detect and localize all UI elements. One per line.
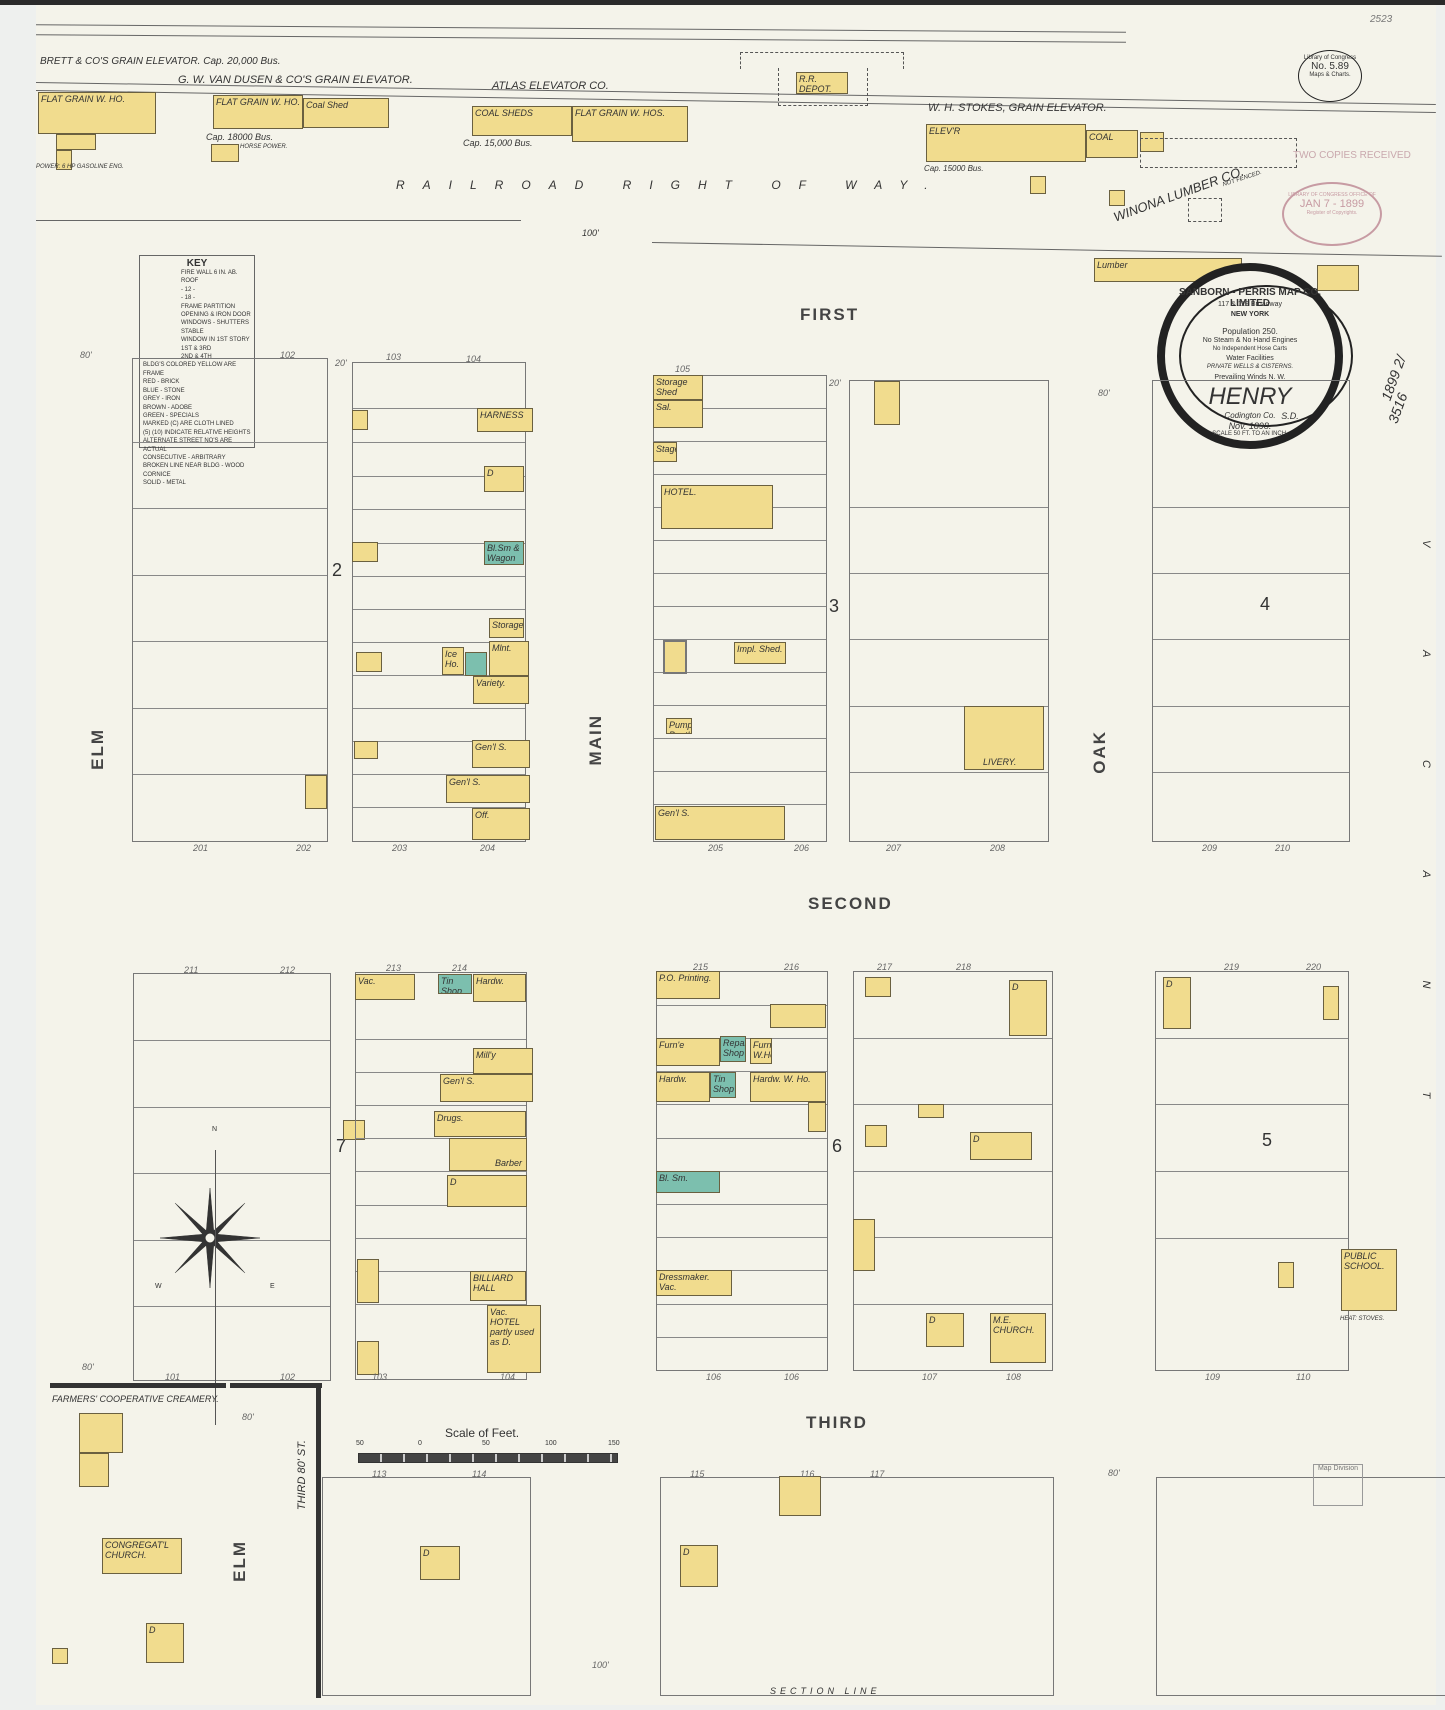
block-3-east-lots: [849, 380, 1049, 842]
address-214: 214: [452, 963, 467, 973]
dwelling: D: [926, 1313, 964, 1347]
storage-shed: Storage Shed: [653, 375, 703, 400]
depot-platform-outline: [740, 52, 904, 69]
boundary-line: [230, 1383, 322, 1388]
compass-e: E: [270, 1283, 275, 1290]
address-107: 107: [922, 1372, 937, 1382]
right-of-way-line: [36, 220, 521, 221]
scale-tick: 50: [356, 1440, 364, 1447]
scale-tick: 50: [482, 1440, 490, 1447]
street-third: THIRD: [806, 1413, 868, 1433]
post-office-printing: P.O. Printing.: [656, 971, 720, 999]
lumber-yard-outline: [1140, 138, 1297, 168]
stokes-office: [1030, 176, 1046, 194]
scale-title: Scale of Feet.: [445, 1426, 519, 1440]
block-3-west-lots: [653, 375, 827, 842]
stable: [352, 410, 368, 430]
dwelling: D: [1009, 980, 1047, 1036]
address-106: 106: [784, 1372, 799, 1382]
vacant-label: V A C A N T: [1420, 540, 1432, 1148]
address-210: 210: [1275, 843, 1290, 853]
address-216: 216: [784, 962, 799, 972]
stable: [52, 1648, 68, 1664]
general-store-main: Gen'l S.: [655, 806, 785, 840]
block-5-lots: [1155, 971, 1349, 1371]
horse-power-label: HORSE POWER.: [240, 144, 287, 150]
livery-stable: LIVERY.: [964, 706, 1044, 770]
stable: [352, 542, 378, 562]
rr-depot: R.R. DEPOT.: [796, 72, 848, 94]
address-207: 207: [886, 843, 901, 853]
block-number-6: 6: [832, 1136, 842, 1157]
address-106: 106: [706, 1372, 721, 1382]
address-114: 114: [472, 1469, 486, 1479]
address-113: 113: [372, 1469, 386, 1479]
stable: [357, 1259, 379, 1303]
stable: [356, 652, 382, 672]
street-elm-lower: ELM: [230, 1540, 250, 1582]
street-elm: ELM: [88, 728, 108, 770]
stable: [305, 775, 327, 809]
street-third-st: THIRD 80' ST.: [296, 1440, 308, 1510]
address-215: 215: [693, 962, 708, 972]
address-217: 217: [877, 962, 892, 972]
address-209: 209: [1202, 843, 1217, 853]
dwelling: D: [1163, 977, 1191, 1029]
dwelling: D: [146, 1623, 184, 1663]
van-dusen-coal-shed: Coal Shed: [303, 98, 389, 128]
address-116: 116: [800, 1469, 814, 1479]
stable: [874, 381, 900, 425]
stable: [808, 1102, 826, 1132]
stable: [354, 741, 378, 759]
boundary-line: [316, 1383, 321, 1698]
pump-booth: Pump Booth: [666, 718, 692, 734]
scale-tick: 150: [608, 1440, 620, 1447]
address-101: 101: [165, 1372, 180, 1382]
stable: [853, 1219, 875, 1271]
saloon: Sal.: [653, 400, 703, 428]
dwelling: D: [420, 1546, 460, 1580]
me-church: M.E. CHURCH.: [990, 1313, 1046, 1363]
scale-bar: [358, 1453, 618, 1463]
hardware-store: Hardw.: [473, 974, 526, 1002]
street-first: FIRST: [800, 305, 859, 325]
hardware-warehouse: Hardw. W. Ho.: [750, 1072, 826, 1102]
dressmaker: Dressmaker. Vac.: [656, 1270, 732, 1296]
address-109: 109: [1205, 1372, 1220, 1382]
address-104: 104: [466, 354, 481, 364]
hotel: HOTEL.: [661, 485, 773, 529]
stable: [770, 1004, 826, 1028]
block-2-east-lots: [352, 362, 526, 842]
tin-shop: Tin Shop: [438, 974, 472, 994]
storage: Storage: [489, 618, 524, 638]
compass-w: W: [155, 1283, 162, 1290]
heat-stoves-label: HEAT: STOVES.: [1340, 1316, 1384, 1322]
fuel-shed: [1278, 1262, 1294, 1288]
atlas-capacity: Cap. 15,000 Bus.: [463, 138, 533, 148]
dwelling: D: [447, 1175, 527, 1207]
atlas-label: ATLAS ELEVATOR CO.: [492, 80, 609, 92]
general-store-3: Gen'l S.: [440, 1074, 533, 1102]
block-southeast: [1156, 1477, 1445, 1696]
stable: [357, 1341, 379, 1375]
billiard-hall: BILLIARD HALL: [470, 1271, 526, 1301]
public-school: PUBLIC SCHOOL.: [1341, 1249, 1397, 1311]
address-102: 102: [280, 1372, 295, 1382]
brett-elevator-label: BRETT & CO'S GRAIN ELEVATOR. Cap. 20,000…: [40, 56, 281, 67]
van-dusen-elevator: FLAT GRAIN W. HO.: [213, 95, 303, 129]
address-206: 206: [794, 843, 809, 853]
harness-shop: HARNESS: [477, 408, 533, 432]
alley-width: 20': [335, 358, 347, 368]
block-115-117: [660, 1477, 1054, 1696]
compass-rose-icon: [160, 1188, 260, 1288]
vacant-hotel: Vac. HOTEL partly used as D.: [487, 1305, 541, 1373]
scale-tick: 0: [418, 1440, 422, 1447]
block-7-west-lots: [133, 973, 331, 1381]
congregational-church: CONGREGAT'L CHURCH.: [102, 1538, 182, 1574]
address-202: 202: [296, 843, 311, 853]
creamery-building: [79, 1413, 123, 1453]
stable: [779, 1476, 821, 1516]
vacant-store: Vac.: [355, 974, 415, 1000]
address-102: 102: [280, 350, 295, 360]
general-store-1: Gen'l S.: [472, 740, 530, 768]
row-width: 100': [582, 228, 599, 238]
address-117: 117: [870, 1469, 884, 1479]
winona-office: [1109, 190, 1125, 206]
van-dusen-office: [211, 144, 239, 162]
street-width: 100': [592, 1660, 609, 1670]
compass-n: N: [212, 1126, 217, 1133]
street-width: 80': [242, 1412, 254, 1422]
address-115: 115: [690, 1469, 704, 1479]
stokes-label: W. H. STOKES, GRAIN ELEVATOR.: [928, 102, 1107, 114]
shed: [918, 1104, 944, 1118]
lumber-shed-outline: [1188, 198, 1222, 222]
library-of-congress-stamp: Library of Congress No. 5.89 Maps & Char…: [1298, 50, 1362, 102]
sheet-number: 2523: [1370, 14, 1392, 25]
block-4-lots: [1152, 380, 1350, 842]
atlas-coal-sheds: COAL SHEDS: [472, 106, 572, 136]
block-number-2: 2: [332, 560, 342, 581]
block-number-5: 5: [1262, 1130, 1272, 1151]
address-110: 110: [1296, 1372, 1310, 1382]
stokes-elevator: ELEV'R: [926, 124, 1086, 162]
implement-shed: Impl. Shed.: [734, 642, 786, 664]
address-205: 205: [708, 843, 723, 853]
millinery: Mlnt.: [489, 641, 529, 676]
barber-shop: Barber: [449, 1138, 527, 1171]
van-dusen-capacity: Cap. 18000 Bus.: [206, 132, 273, 142]
map-division-stamp: Map Division: [1313, 1464, 1363, 1506]
dwelling: D: [484, 466, 524, 492]
address-108: 108: [1006, 1372, 1021, 1382]
address-203: 203: [392, 843, 407, 853]
street-width: 80': [82, 1362, 94, 1372]
street-width: 80': [1108, 1468, 1120, 1478]
millinery-store: Mill'y: [473, 1048, 533, 1074]
block-2-west-lots: [132, 358, 328, 842]
dwelling: D: [970, 1132, 1032, 1160]
creamery-label: FARMERS' COOPERATIVE CREAMERY.: [52, 1394, 219, 1404]
scale-tick: 100: [545, 1440, 557, 1447]
furniture-warehouse: Furn. W.Ho.: [750, 1038, 772, 1064]
address-204: 204: [480, 843, 495, 853]
address-103: 103: [386, 352, 401, 362]
street-main: MAIN: [586, 714, 606, 765]
iron-building: [663, 640, 687, 674]
brett-annex: [56, 134, 96, 150]
atlas-flat-grain: FLAT GRAIN W. HOS.: [572, 106, 688, 142]
address-201: 201: [193, 843, 208, 853]
block-113-114: [322, 1477, 531, 1696]
address-211: 211: [184, 965, 198, 975]
address-103: 103: [372, 1372, 387, 1382]
stable: [865, 1125, 887, 1147]
copies-received-stamp: TWO COPIES RECEIVED: [1293, 150, 1411, 161]
street-width: 80': [80, 350, 92, 360]
stokes-coal-shed: COAL: [1086, 130, 1138, 158]
brett-elevator-building: FLAT GRAIN W. HO.: [38, 92, 156, 134]
general-store-2: Gen'l S.: [446, 775, 530, 803]
address-213: 213: [386, 963, 401, 973]
stable: [865, 977, 891, 997]
block-number-4: 4: [1260, 594, 1270, 615]
drug-store: Drugs.: [434, 1111, 526, 1137]
van-dusen-label: G. W. VAN DUSEN & CO'S GRAIN ELEVATOR.: [178, 74, 413, 86]
copyright-office-stamp: LIBRARY OF CONGRESS OFFICE OF JAN 7 - 18…: [1282, 182, 1382, 246]
street-oak: OAK: [1090, 730, 1110, 774]
blacksmith: Bl. Sm.: [656, 1171, 720, 1193]
stage-building: Stage: [653, 442, 677, 462]
tin-shop-2: Tin Shop: [710, 1072, 736, 1098]
creamery-coal-shed: [79, 1453, 109, 1487]
outbuilding: [1323, 986, 1339, 1020]
address-212: 212: [280, 965, 295, 975]
hardware-store-2: Hardw.: [656, 1072, 710, 1102]
stokes-capacity: Cap. 15000 Bus.: [924, 164, 984, 173]
address-219: 219: [1224, 962, 1239, 972]
railroad-right-of-way-label: RAILROAD RIGHT OF WAY.: [396, 178, 946, 192]
dwelling: D: [680, 1545, 718, 1587]
address-105: 105: [675, 364, 690, 374]
repair-shop: Repair Shop: [720, 1036, 746, 1062]
street-second: SECOND: [808, 894, 893, 914]
street-width: 80': [1098, 388, 1110, 398]
office: Off.: [472, 808, 530, 840]
specials-building: [465, 652, 487, 676]
ice-house: Ice Ho.: [442, 647, 464, 675]
address-218: 218: [956, 962, 971, 972]
address-220: 220: [1306, 962, 1321, 972]
block-number-3: 3: [829, 596, 839, 617]
address-208: 208: [990, 843, 1005, 853]
gasoline-engine-label: POWER: 6 HP GASOLINE ENG.: [36, 164, 124, 170]
furniture-store: Furn'e: [656, 1038, 720, 1066]
blacksmith-wagon-shop: Bl.Sm & Wagon Shop: [484, 541, 524, 565]
alley-width: 20': [829, 378, 841, 388]
boundary-line: [50, 1383, 226, 1388]
address-104: 104: [500, 1372, 515, 1382]
variety-store: Variety.: [473, 676, 529, 704]
